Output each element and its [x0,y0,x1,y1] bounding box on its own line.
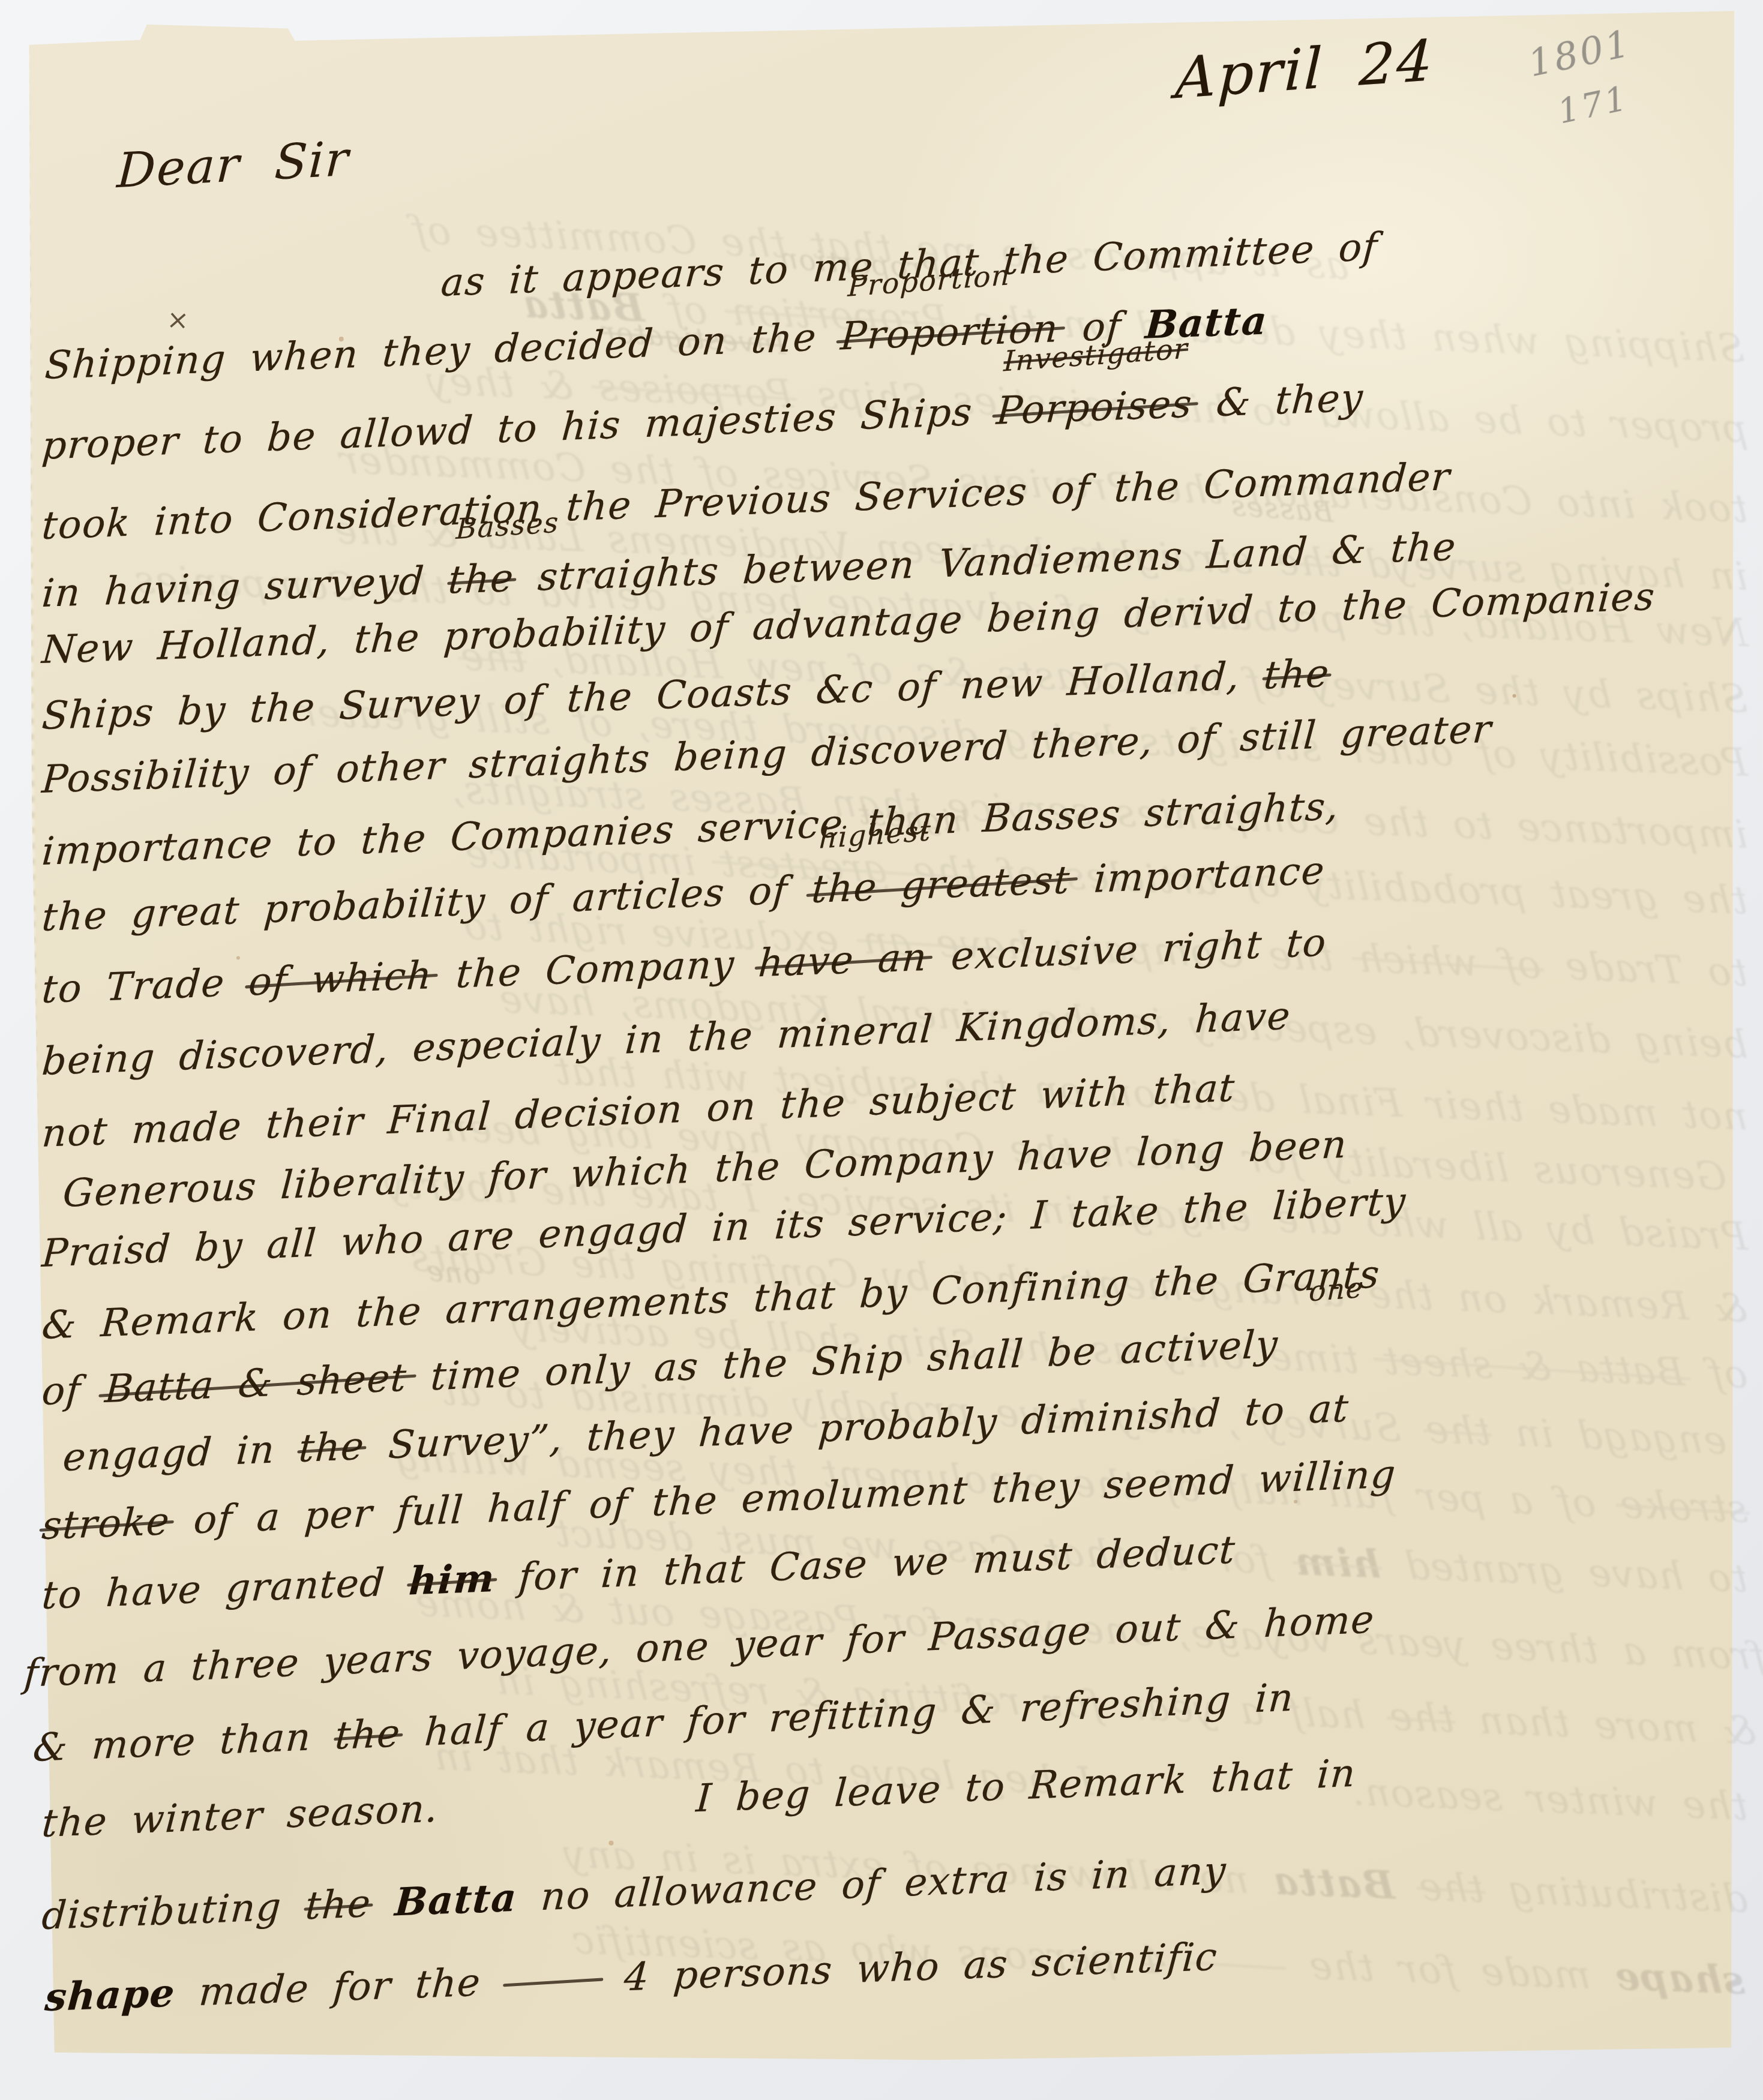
deckled-edge [20,22,44,2073]
paper-stains [20,22,22,25]
photographed-manuscript-page: as it appears to me that the Committee o… [0,0,1763,2100]
paper-sheet [20,9,1756,2073]
